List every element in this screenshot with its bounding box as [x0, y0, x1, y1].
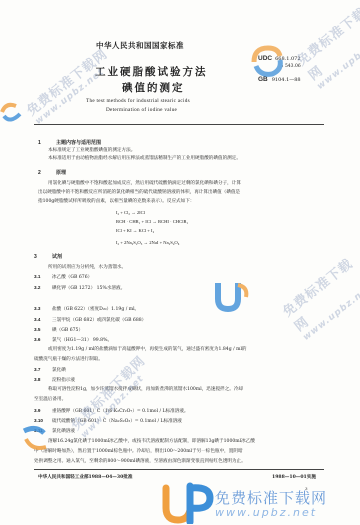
- starch-note-1: 称取可溶性淀粉1g，加少许蒸馏水搅拌成糊状，再加新煮沸的蒸馏水100ml，迅速搅…: [48, 387, 243, 393]
- section-3-heading: 3试剂: [34, 253, 62, 260]
- reaction-formula-2: RCH · CHR₁ + ICl → RCHI · CHClR₁: [116, 219, 188, 224]
- section-2-para-3: 指100g硬脂酸试样所吸收的卤素，以相当量碘的克数来表示）。反应式如下：: [38, 199, 194, 205]
- udc-code-line2: : 543.06: [282, 64, 301, 69]
- header-divider: [34, 124, 324, 125]
- upbz-brand-logo-icon: [160, 482, 214, 524]
- section-2-heading: 2原理: [38, 169, 66, 176]
- section-2-para-2: 出以硬脂酸中的不饱和酸反应所消耗的氯化碘相当的硫代硫酸钠溶液的体积，再计算出碘值…: [38, 190, 240, 196]
- section-1-para-1: 本标准规定了工业硬脂酸碘值的测定方法。: [48, 148, 135, 154]
- english-title-line1: The test methods for industrial stearic …: [86, 98, 190, 104]
- reaction-formula-4: I₂ + 2Na₂S₂O₃ → 2NaI + Na₂S₄O₆: [116, 240, 179, 245]
- document-page: 中华人民共和国国家标准 工业硬脂酸试验方法 碘值的测定 The test met…: [0, 0, 360, 525]
- up-logo-icon: [0, 100, 24, 124]
- section-1-para-2: 本标准适用于由动植物油脂经水解后用压榨法或蒸馏法精制生产的工业用硬脂酸的碘值的测…: [48, 156, 241, 162]
- watermark-mid-left: 免费标准下载网www.upbz.net: [66, 351, 156, 441]
- starch-note-2: 至室温后备用。: [34, 397, 66, 403]
- brand-url: www.upbz.net: [215, 506, 327, 519]
- reaction-formula-1: I₂ + Cl₂ → 2ICl: [116, 210, 145, 215]
- implementation-date: 1988—10—01实施: [272, 474, 316, 480]
- footer-divider: [34, 469, 324, 470]
- reagent-item: 3.1冰乙酸（GB 676）: [34, 274, 92, 281]
- icl-note-2: 中（溶解时略加热），然后置于1000ml棕色瓶中。冷却后，倒出100～200ml…: [34, 449, 243, 455]
- watermark-mid-right: 免费标准下载网www.upbz.net: [278, 253, 360, 343]
- english-title-line2: Determination of iodine value: [106, 107, 177, 113]
- reagent-item: 3.5碘（GB 675）: [34, 327, 83, 334]
- document-title-line2: 碘值的测定: [122, 80, 185, 95]
- up-logo-icon: [210, 275, 250, 315]
- watermark-top-left: 免费标准下载网www.upbz.net: [22, 44, 117, 127]
- reagent-item: 3.2碘化钾（GB 1272） 15%水溶液。: [34, 285, 125, 292]
- section-2-para-1: 用氯化碘与硬脂酸中不饱和酸起加成反应，然后用硫代硫酸钠滴定过剩的氯化碘和碘分子，…: [48, 181, 241, 187]
- reagent-item: 3.8淀粉指示液: [34, 377, 75, 384]
- national-standard-label: 中华人民共和国国家标准: [96, 40, 184, 51]
- up-logo-icon: [250, 44, 284, 78]
- icl-note-1: 溶解16.24g氯化碘于1000ml冰乙酸中，或按韦氏溶液配制方法配制，即溶解1…: [48, 439, 255, 445]
- reagent-item: 3.7氯化碘: [34, 367, 66, 374]
- reaction-formula-3: ICl + KI → KCl + I₂: [116, 228, 154, 233]
- upbz-brand-banner: 免费标准下载网 www.upbz.net: [215, 487, 327, 519]
- reagent-item: 3.4三氯甲烷（GB 682）或四氯化碳（GB 688）: [34, 317, 146, 324]
- watermark-top-right: 免费标准下载网www.upbz.net: [292, 2, 360, 92]
- chlorine-note-2: 硫酸洗气瓶干燥的方法进行制取。: [34, 357, 103, 363]
- section-3-intro: 所用的试剂应为分析纯，水为蒸馏水。: [48, 265, 126, 271]
- approval-date: 中华人民共和国轻工业部1988—04—30批准: [38, 474, 132, 480]
- icl-note-3: 处供调整之用。通入氯气，至剩余的800～900ml碘溶液，至溶液由深色渐渐变很直…: [34, 459, 246, 465]
- brand-name: 免费标准下载网: [215, 489, 327, 507]
- up-logo-icon: [22, 425, 52, 455]
- reagent-item: 3.3盐酸（GB 622）（密度D₂₀）1.19g / ml。: [34, 306, 139, 313]
- section-1-heading: 1主题内容与适用范围: [38, 139, 101, 146]
- chlorine-note-1: 或用密度为1.19g / ml的盐酸滴加于高锰酸钾中，再使生成的氯气，通过盛有密…: [48, 347, 247, 353]
- reagent-item: 3.6氯气（HG1—31） 99.8%。: [34, 337, 112, 344]
